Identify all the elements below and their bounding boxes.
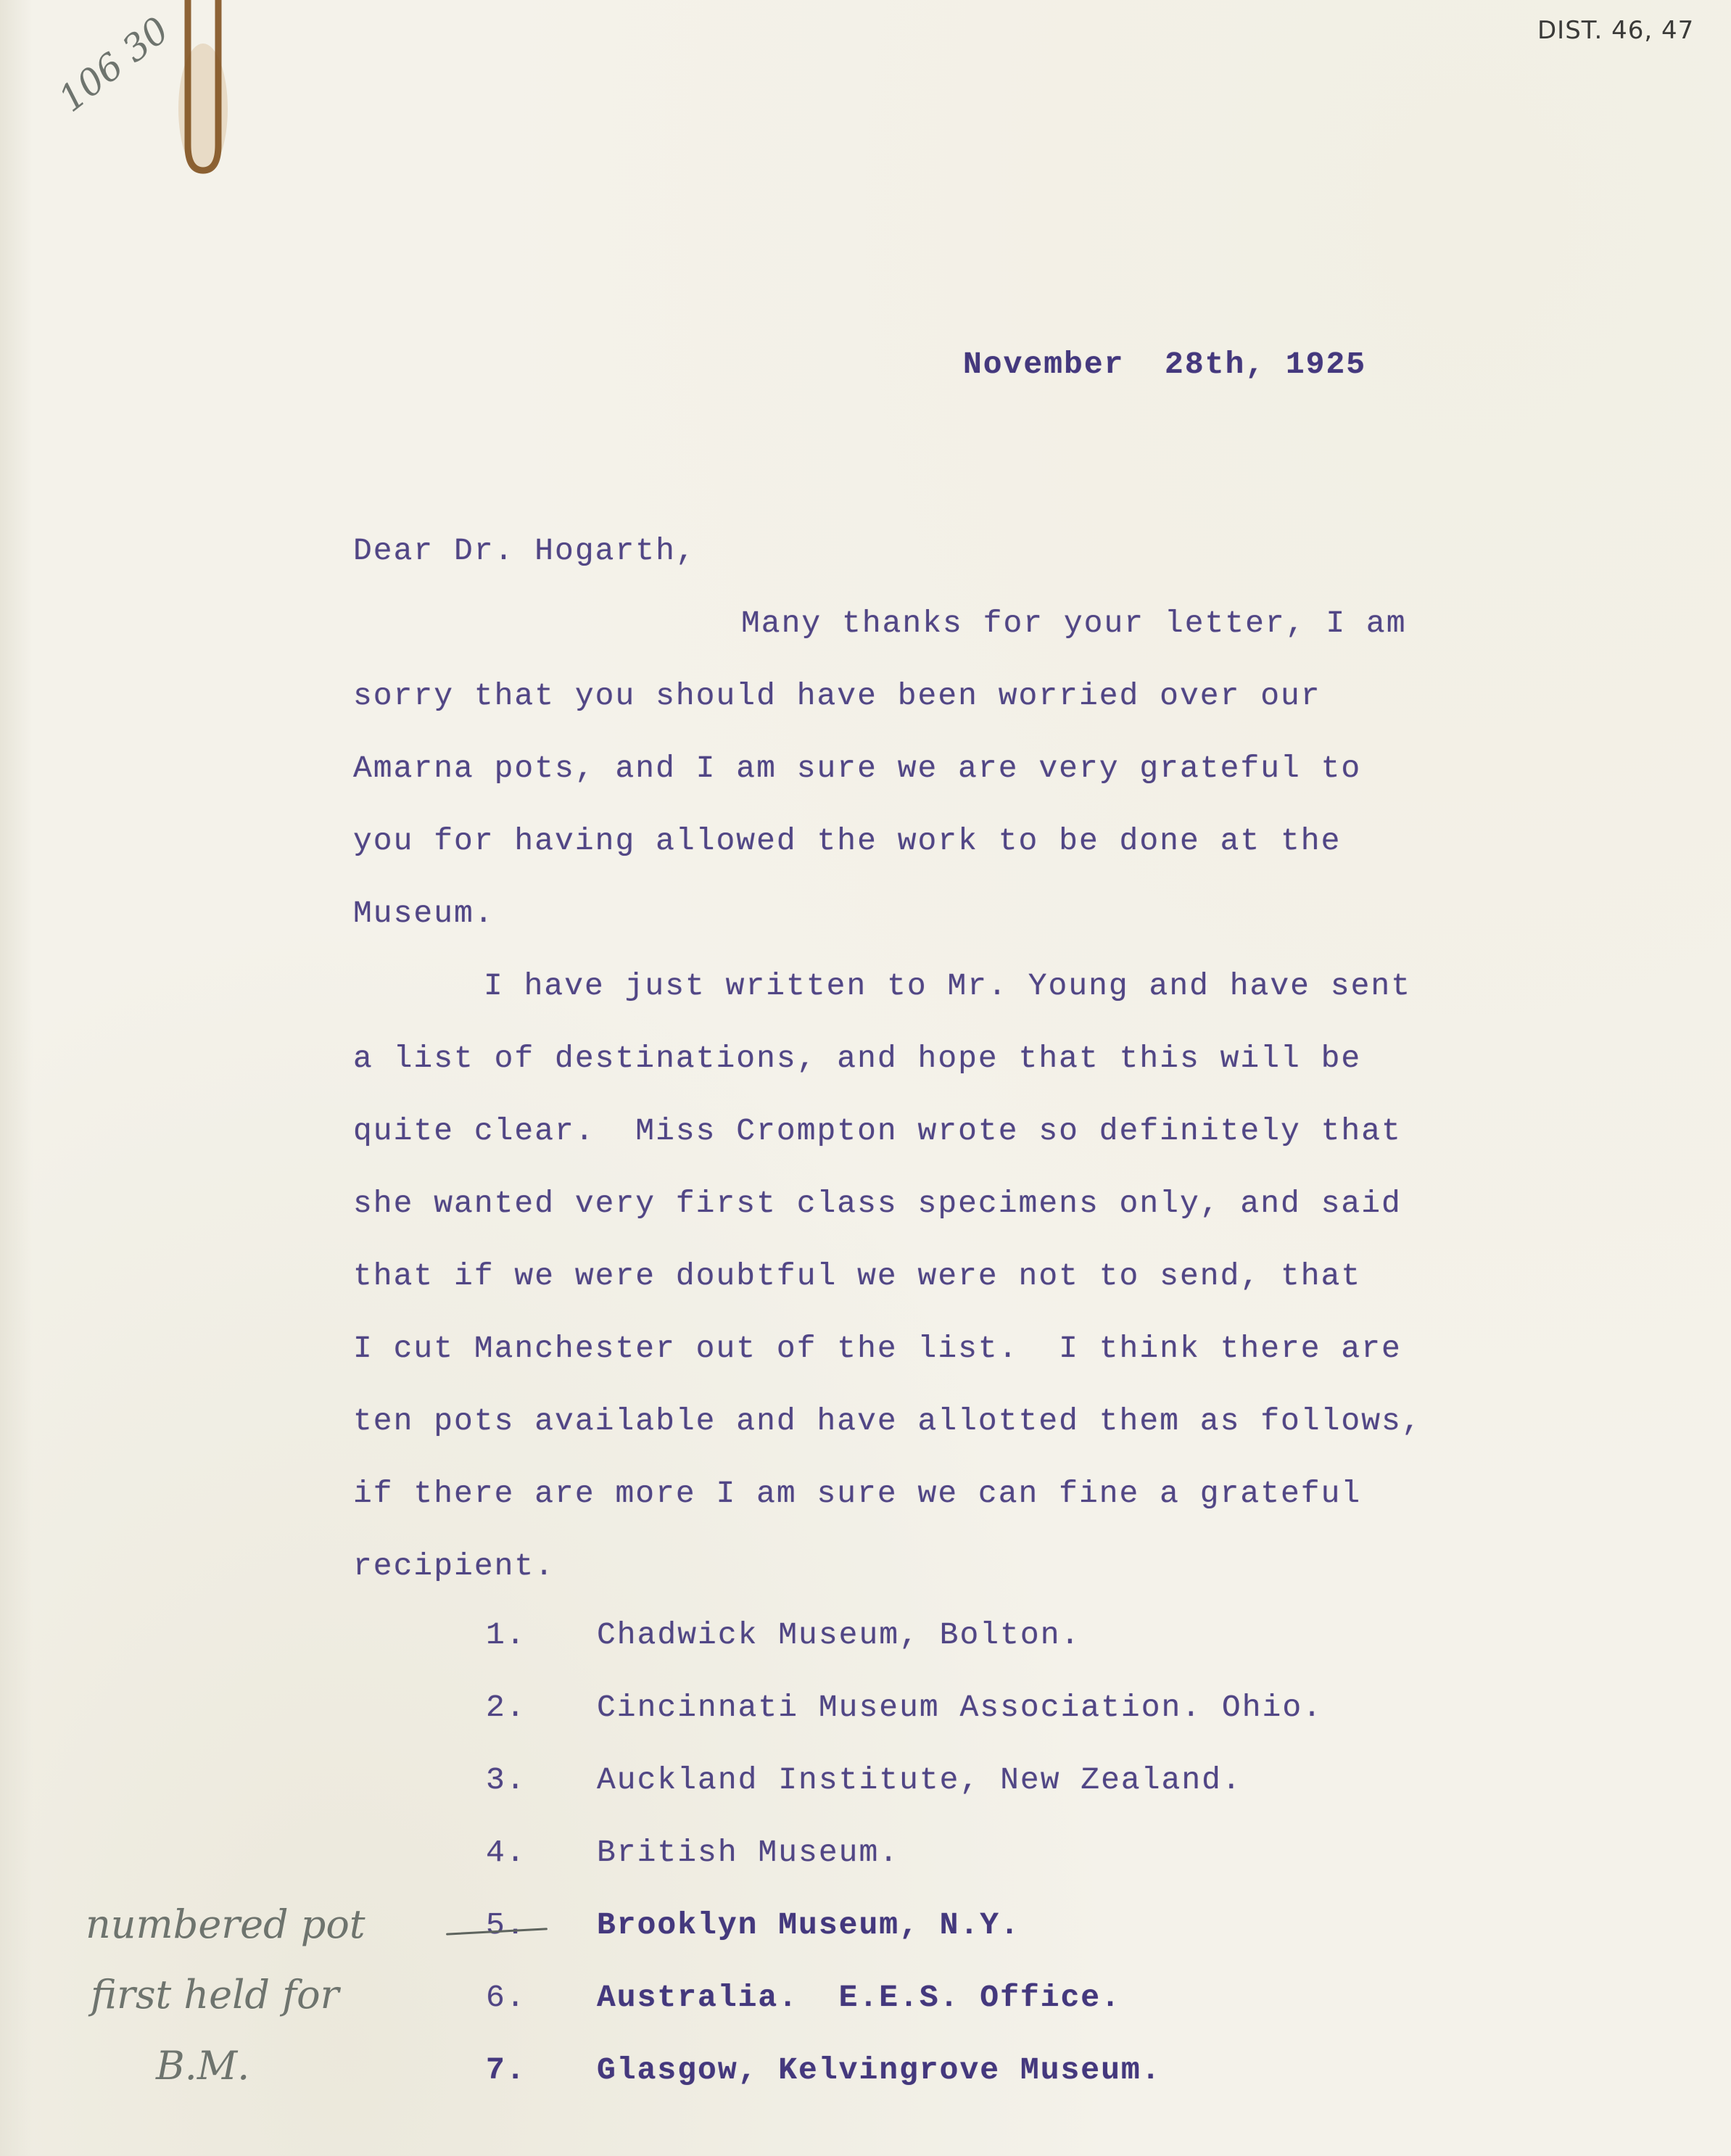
paragraph-line: you for having allowed the work to be do… xyxy=(353,823,1341,859)
paragraph-line: Amarna pots, and I am sure we are very g… xyxy=(353,751,1361,786)
paragraph-line: Many thanks for your letter, I am xyxy=(741,606,1407,641)
list-item-name: Australia. E.E.S. Office. xyxy=(597,1980,1121,2015)
paragraph-line: she wanted very first class specimens on… xyxy=(353,1186,1402,1221)
paragraph-line: Museum. xyxy=(353,896,495,931)
paragraph-line: that if we were doubtful we were not to … xyxy=(353,1258,1361,1294)
list-item-number: 6. xyxy=(486,1980,526,2015)
paragraph-line: a list of destinations, and hope that th… xyxy=(353,1041,1361,1076)
paragraph-line: I cut Manchester out of the list. I thin… xyxy=(353,1331,1402,1366)
paperclip-rust-stain-icon xyxy=(178,0,228,178)
list-item-name: British Museum. xyxy=(597,1835,899,1870)
paragraph-line: quite clear. Miss Crompton wrote so defi… xyxy=(353,1113,1402,1149)
list-item-name: Cincinnati Museum Association. Ohio. xyxy=(597,1690,1323,1725)
margin-note-line: B.M. xyxy=(156,2038,249,2094)
list-item-number: 5. xyxy=(486,1907,526,1943)
paragraph-line: recipient. xyxy=(353,1548,555,1584)
list-item-name: Brooklyn Museum, N.Y. xyxy=(597,1907,1020,1943)
list-item-number: 4. xyxy=(486,1835,526,1870)
archive-pencil-number: 106 30 xyxy=(51,9,177,120)
margin-note-line: first held for xyxy=(91,1967,339,2023)
margin-note-line: numbered pot xyxy=(86,1896,365,1953)
page-edge-shadow xyxy=(0,0,33,2156)
list-item-number: 2. xyxy=(486,1690,526,1725)
paragraph-line: if there are more I am sure we can fine … xyxy=(353,1476,1361,1511)
letter-page: 106 30 DIST. 46, 47 November 28th, 1925 … xyxy=(0,0,1731,2156)
list-item-number: 1. xyxy=(486,1617,526,1653)
list-item-number: 3. xyxy=(486,1762,526,1798)
list-item-number: 7. xyxy=(486,2052,526,2088)
list-item-name: Auckland Institute, New Zealand. xyxy=(597,1762,1242,1798)
list-item-name: Glasgow, Kelvingrove Museum. xyxy=(597,2052,1162,2088)
letter-date: November 28th, 1925 xyxy=(963,347,1366,382)
salutation: Dear Dr. Hogarth, xyxy=(353,533,696,569)
paragraph-line: I have just written to Mr. Young and hav… xyxy=(484,968,1411,1004)
list-item-name: Chadwick Museum, Bolton. xyxy=(597,1617,1081,1653)
distribution-reference: DIST. 46, 47 xyxy=(1537,16,1694,45)
paragraph-line: ten pots available and have allotted the… xyxy=(353,1403,1422,1439)
paragraph-line: sorry that you should have been worried … xyxy=(353,678,1321,714)
